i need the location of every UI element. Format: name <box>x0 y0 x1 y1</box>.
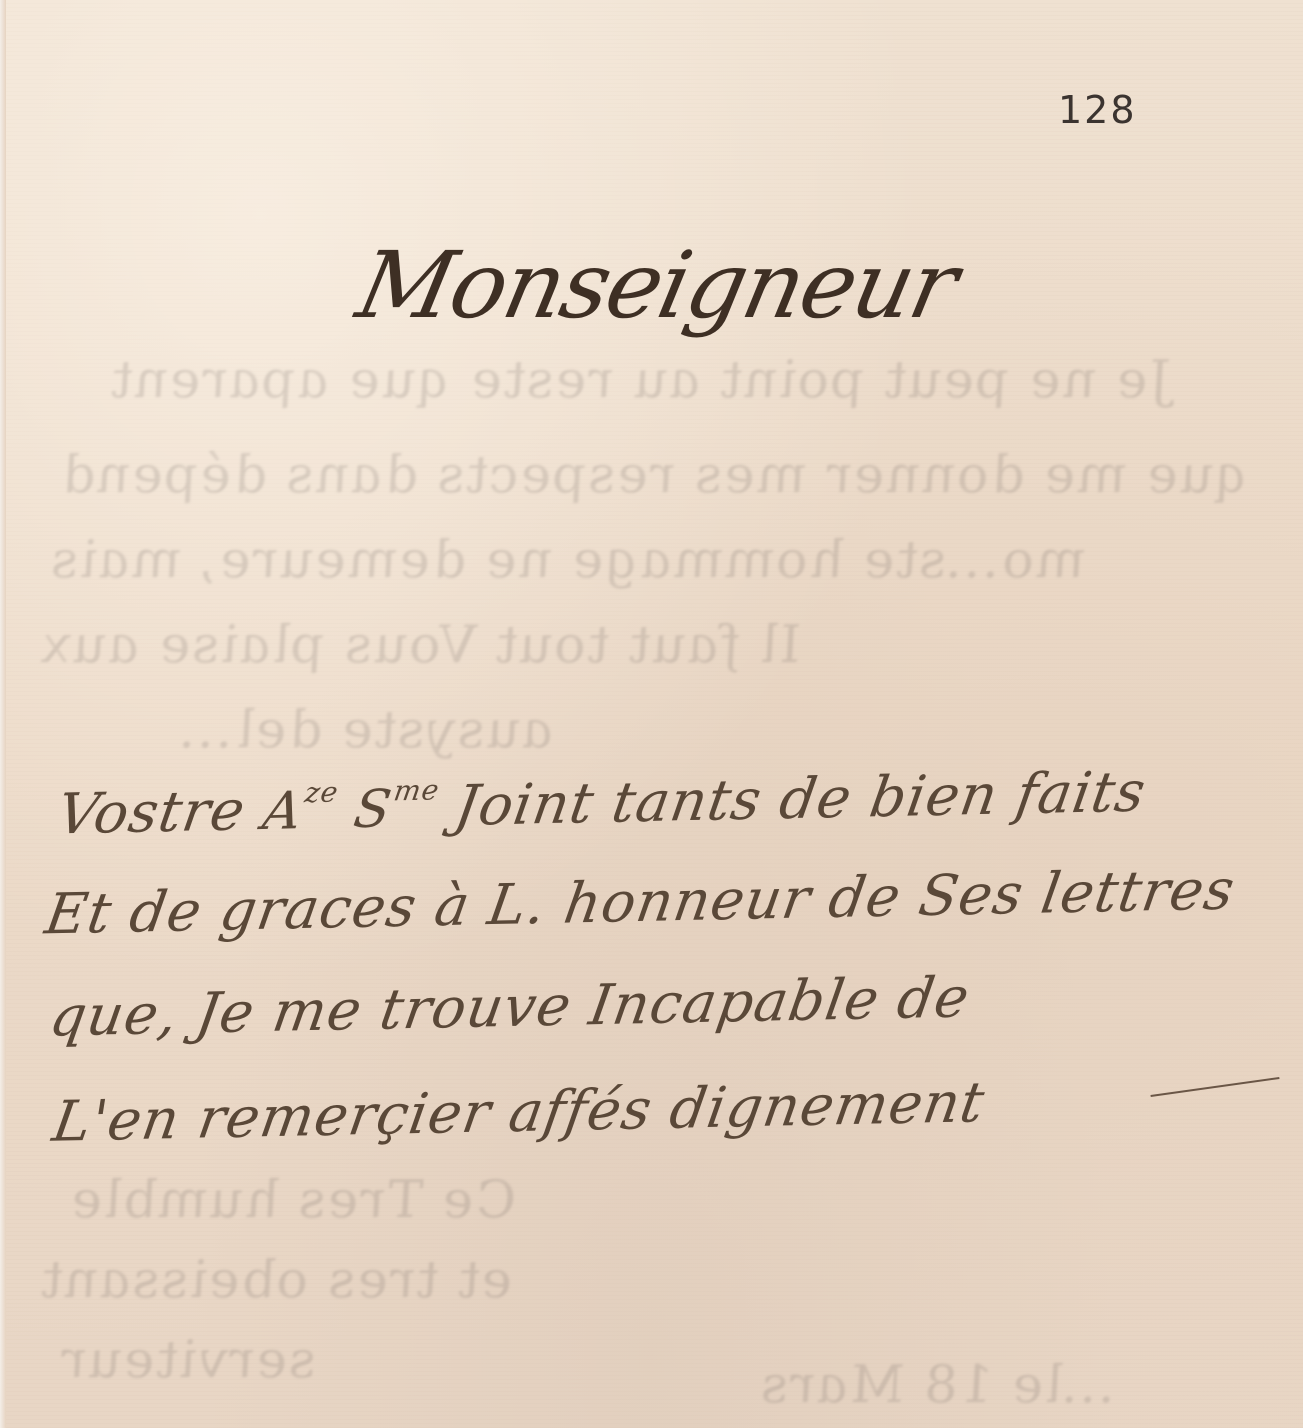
bleed-through-line: et tres obeissant <box>33 1250 521 1310</box>
body-line-1-text: Joint tants de bien faits <box>451 760 1151 839</box>
body-line-1-sup-2: me <box>392 773 442 807</box>
bleed-through-line: mo...ste hommage ne demeure, mais <box>43 530 1094 590</box>
body-line-1-mid: S <box>350 779 396 840</box>
bleed-through-line: Je ne peut point au reste que aparent <box>103 350 1179 410</box>
body-line-4: L'en remerçier affés dignement <box>48 1070 989 1154</box>
page-edge <box>0 0 6 1428</box>
body-line-1-sup-1: ze <box>303 776 342 810</box>
bleed-through-line: Ce Tres humble <box>63 1170 524 1230</box>
bleed-through-line: que me donner mes respects dans dépend <box>53 445 1257 505</box>
body-line-1: Vostre Aze Sme Joint tants de bien faits <box>53 759 1151 848</box>
letter-page: Je ne peut point au reste que aparent qu… <box>0 0 1303 1428</box>
salutation: Monseigneur <box>349 232 965 339</box>
bleed-through-line: Il faut tout Vous plaise aux <box>33 615 808 675</box>
body-line-1-prefix: Vostre <box>53 778 250 847</box>
bleed-through-line: ausyste del... <box>173 700 562 760</box>
body-line-1-abbr: A <box>259 781 307 842</box>
salutation-text: Monseigneur <box>349 232 965 339</box>
body-line-3: que, Je me trouve Incapable de <box>45 965 974 1049</box>
bleed-through-line: serviteur <box>53 1330 324 1390</box>
closing-flourish <box>1150 1077 1279 1097</box>
bleed-through-line: ...le 18 Mars <box>753 1355 1126 1415</box>
body-line-2: Et de graces à L. honneur de Ses lettres <box>41 858 1239 948</box>
folio-number: 128 <box>1058 88 1137 132</box>
